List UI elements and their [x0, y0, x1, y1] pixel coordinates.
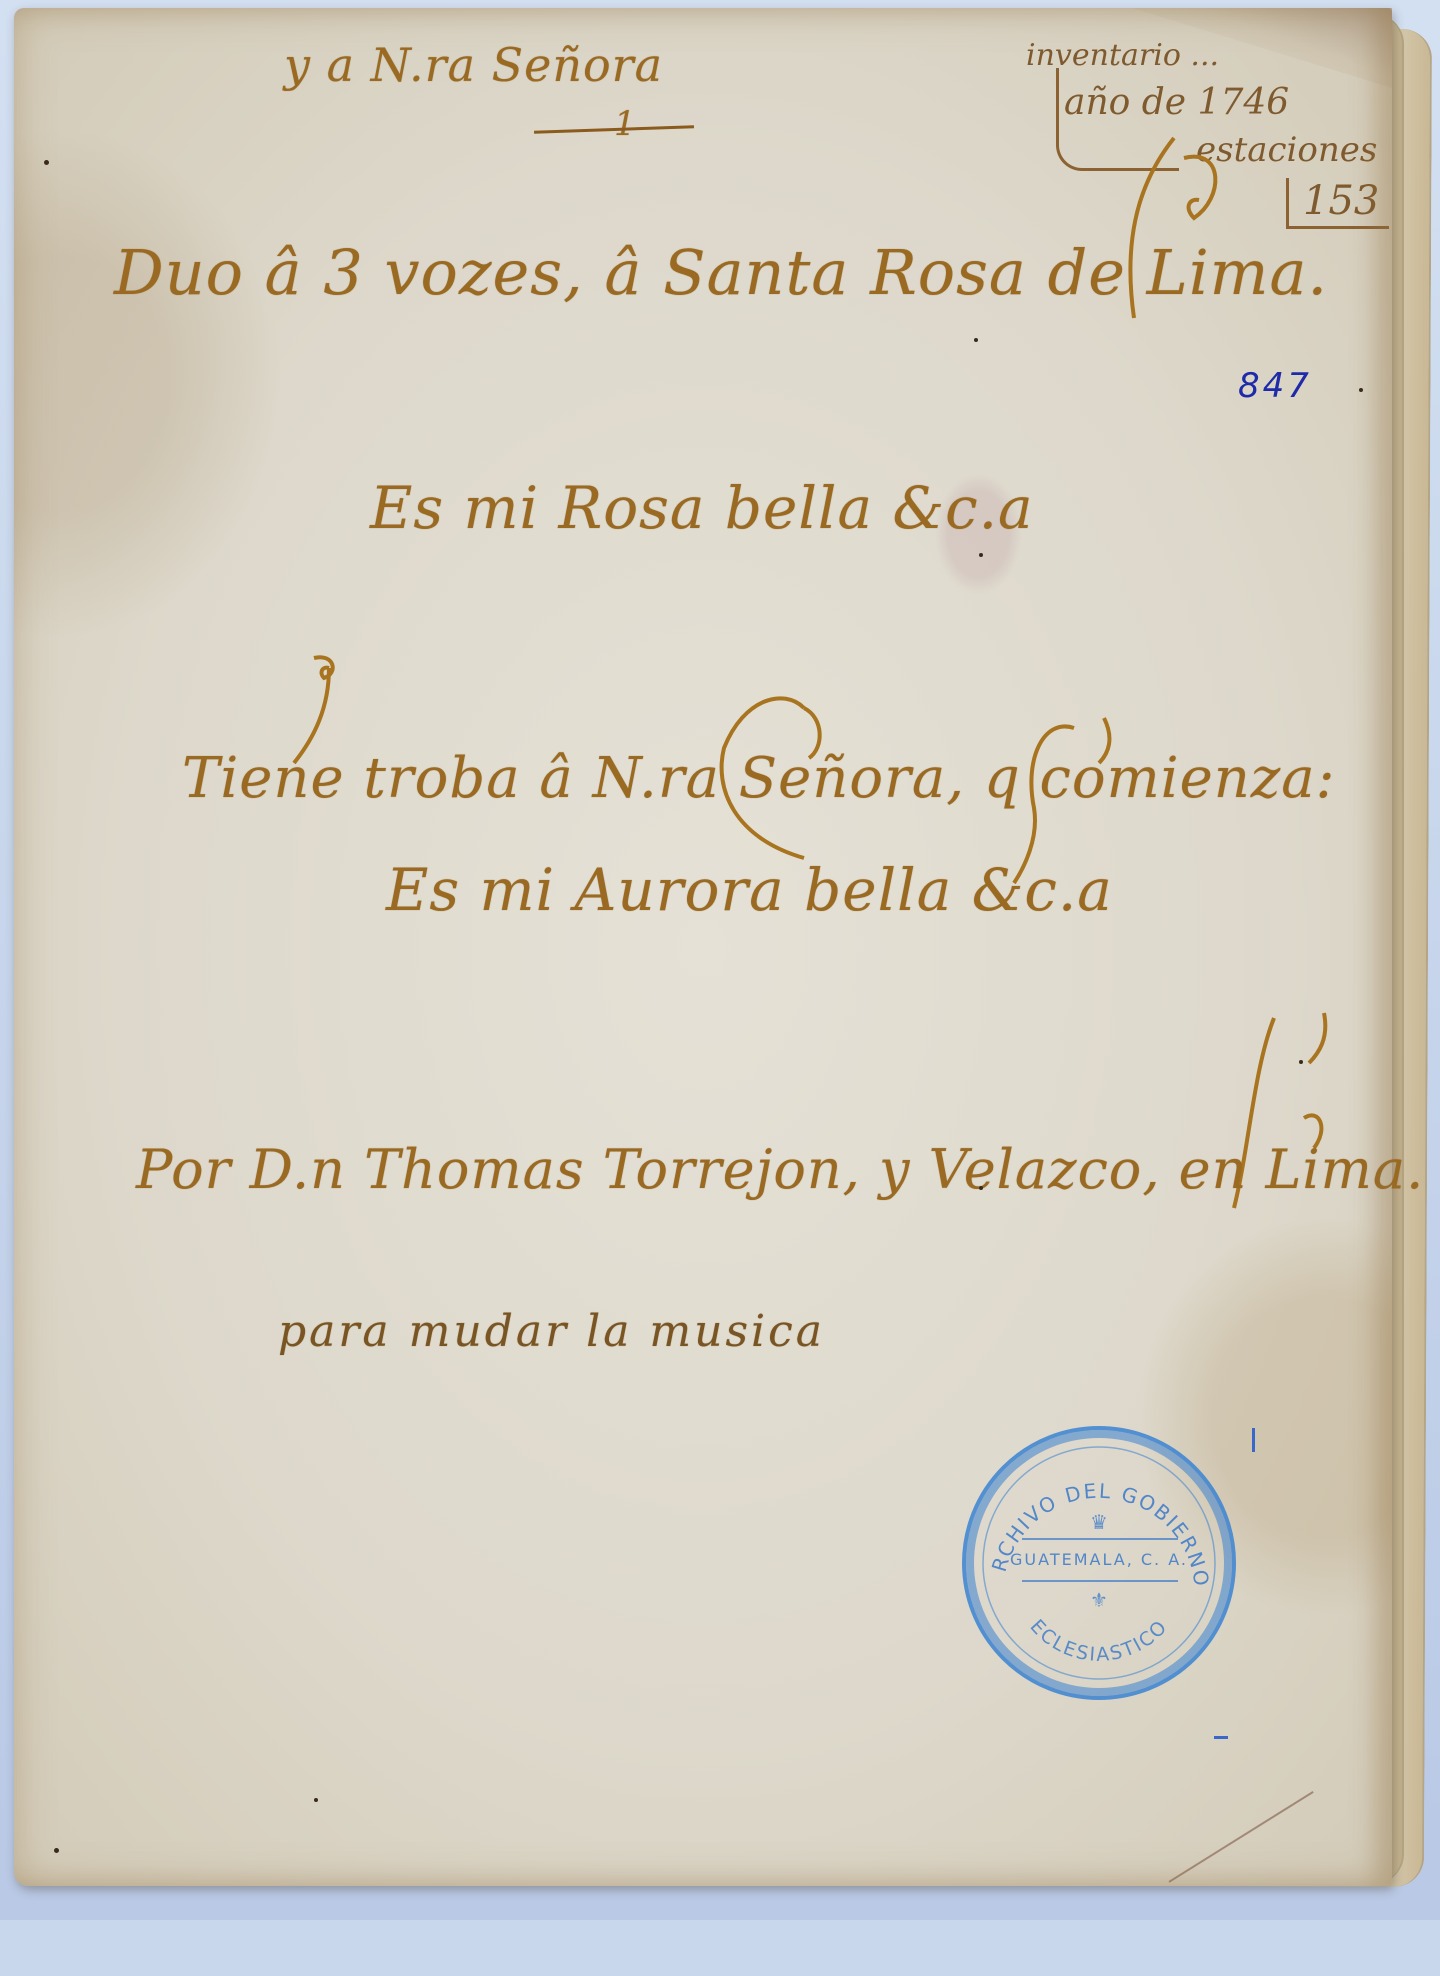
- annotation-line-2: año de 1746: [1064, 82, 1289, 123]
- stamp-rule: [1022, 1538, 1178, 1540]
- author-line: Por D.n Thomas Torrejon, y Velazco, en L…: [136, 1138, 1424, 1201]
- trova-line: Tiene troba â N.ra Señora, q comienza:: [182, 746, 1336, 811]
- paper-speck: [54, 1848, 59, 1853]
- paper-speck: [974, 338, 978, 342]
- paper-speck: [1299, 1060, 1303, 1064]
- stamp-rule: [1022, 1580, 1178, 1582]
- incipit-aurora: Es mi Aurora bella &c.a: [386, 856, 1113, 924]
- blue-ink-mark: [1214, 1736, 1228, 1739]
- paper-speck: [979, 553, 983, 557]
- folded-corner-bottom: [1168, 1791, 1372, 1920]
- archive-annotation: inventario ... año de 1746 estaciones: [1026, 38, 1366, 178]
- document-title: Duo â 3 vozes, â Santa Rosa de Lima.: [114, 236, 1328, 309]
- folio-number: 153: [1286, 178, 1389, 229]
- paper-speck: [979, 1186, 983, 1190]
- incipit-rosa: Es mi Rosa bella &c.a: [370, 474, 1034, 542]
- blue-ink-mark: [1252, 1428, 1255, 1452]
- archive-stamp: ARCHIVO DEL GOBIERNO ECLESIASTICO ♛ GUAT…: [962, 1426, 1236, 1700]
- manuscript-page: y a N.ra Señora 1 inventario ... año de …: [14, 8, 1392, 1886]
- paper-speck: [1359, 388, 1363, 392]
- header-dedication: y a N.ra Señora: [284, 38, 663, 92]
- crown-icon: ♛: [966, 1510, 1232, 1534]
- stamp-center-text: GUATEMALA, C. A.: [966, 1550, 1232, 1569]
- catalog-number: 847: [1238, 366, 1312, 406]
- svg-text:ECLESIASTICO: ECLESIASTICO: [1026, 1615, 1173, 1666]
- annotation-line-3: estaciones: [1196, 130, 1377, 170]
- paper-speck: [314, 1798, 318, 1802]
- note-line: para mudar la musica: [278, 1306, 825, 1357]
- paper-speck: [44, 160, 49, 165]
- header-number: 1: [614, 104, 637, 144]
- fleur-icon: ⚜: [966, 1588, 1232, 1612]
- annotation-line-1: inventario ...: [1026, 38, 1219, 73]
